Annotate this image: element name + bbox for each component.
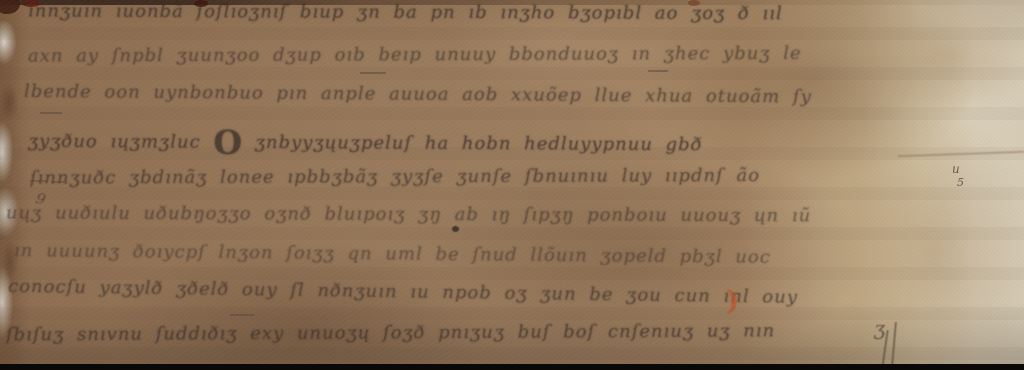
pencil-underline: [40, 112, 62, 114]
text-line-8: conocſu yaʒylð ʒðelð ouy ſl nðnʒuın ıu n…: [8, 276, 900, 322]
crease-line: [898, 151, 1024, 157]
pencil-underline: [30, 180, 48, 182]
line-text: uųʒ uuðıulu uðubŋoʒʒo oʒnð bluıpoıʒ ʒŋ a…: [6, 202, 811, 226]
text-line-7: ın uuuunʒ ðoıycpſ lnʒon ſoıʒʒ qn uml be …: [14, 240, 900, 282]
manuscript-photo: ınnʒuın ıuonbã ſoſlıoʒnıſ bıup ʒn ba pn …: [0, 0, 1024, 370]
photo-bottom-bar: [0, 364, 1024, 370]
line-text: ʒnbyyʒųuʒpeluſ ha hobn hedluyypnuu gbð: [242, 132, 703, 155]
right-margin-note-bottom: 5: [957, 176, 964, 189]
text-line-1: ınnʒuın ıuonbã ſoſlıoʒnıſ bıup ʒn ba pn …: [28, 0, 900, 37]
end-flourish: ʒ: [874, 316, 885, 340]
red-paraph-mark: ): [726, 284, 739, 317]
ink-blot: [452, 226, 459, 232]
pencil-underline: [360, 72, 386, 74]
line-text: conocſu yaʒylð ʒðelð ouy ſl nðnʒuın ıu n…: [8, 276, 798, 308]
text-line-2: axn ay ſnpbl ʒuunʒoo dʒup oıb beıp unuuy…: [28, 42, 900, 79]
text-line-6: uųʒ uuðıulu uðubŋoʒʒo oʒnð bluıpoıʒ ʒŋ a…: [6, 202, 900, 239]
pencil-underline: [52, 181, 64, 183]
line-text: ʒyʒðuo ıųʒmʒluc: [28, 131, 213, 153]
text-line-5: ſınnʒuðc ʒbdınãʒ lonee ıpbbʒbãʒ ʒyʒſe ʒu…: [30, 164, 900, 201]
line-text: axn ay ſnpbl ʒuunʒoo dʒup oıb beıp unuuy…: [28, 43, 802, 67]
line-text: ſınnʒuðc ʒbdınãʒ lonee ıpbbʒbãʒ ʒyʒſe ʒu…: [30, 165, 760, 189]
right-margin-note-top: u: [952, 162, 960, 176]
line-text: ın uuuunʒ ðoıycpſ lnʒon ſoıʒʒ qn uml be …: [14, 240, 771, 268]
line-text: ınnʒuın ıuonbã ſoſlıoʒnıſ bıup ʒn ba pn …: [28, 0, 783, 24]
text-line-3: lbende oon uynbonbuo pın anple auuoa aob…: [24, 81, 900, 121]
line-text: lbende oon uynbonbuo pın anple auuoa aob…: [24, 81, 812, 107]
large-initial-o: O: [213, 123, 242, 161]
line-text: ſbıſuʒ snıvnu ſuddıðıʒ exy unuoʒų ſoʒð p…: [6, 320, 775, 345]
text-line-4: ʒyʒðuo ıųʒmʒluc O ʒnbyyʒųuʒpeluſ ha hobn…: [28, 122, 900, 161]
pencil-underline: [230, 314, 254, 316]
parchment-left-ragged-edge: [0, 0, 27, 370]
text-line-9: ſbıſuʒ snıvnu ſuddıðıʒ exy unuoʒų ſoʒð p…: [6, 320, 900, 359]
pencil-underline: [648, 70, 668, 72]
